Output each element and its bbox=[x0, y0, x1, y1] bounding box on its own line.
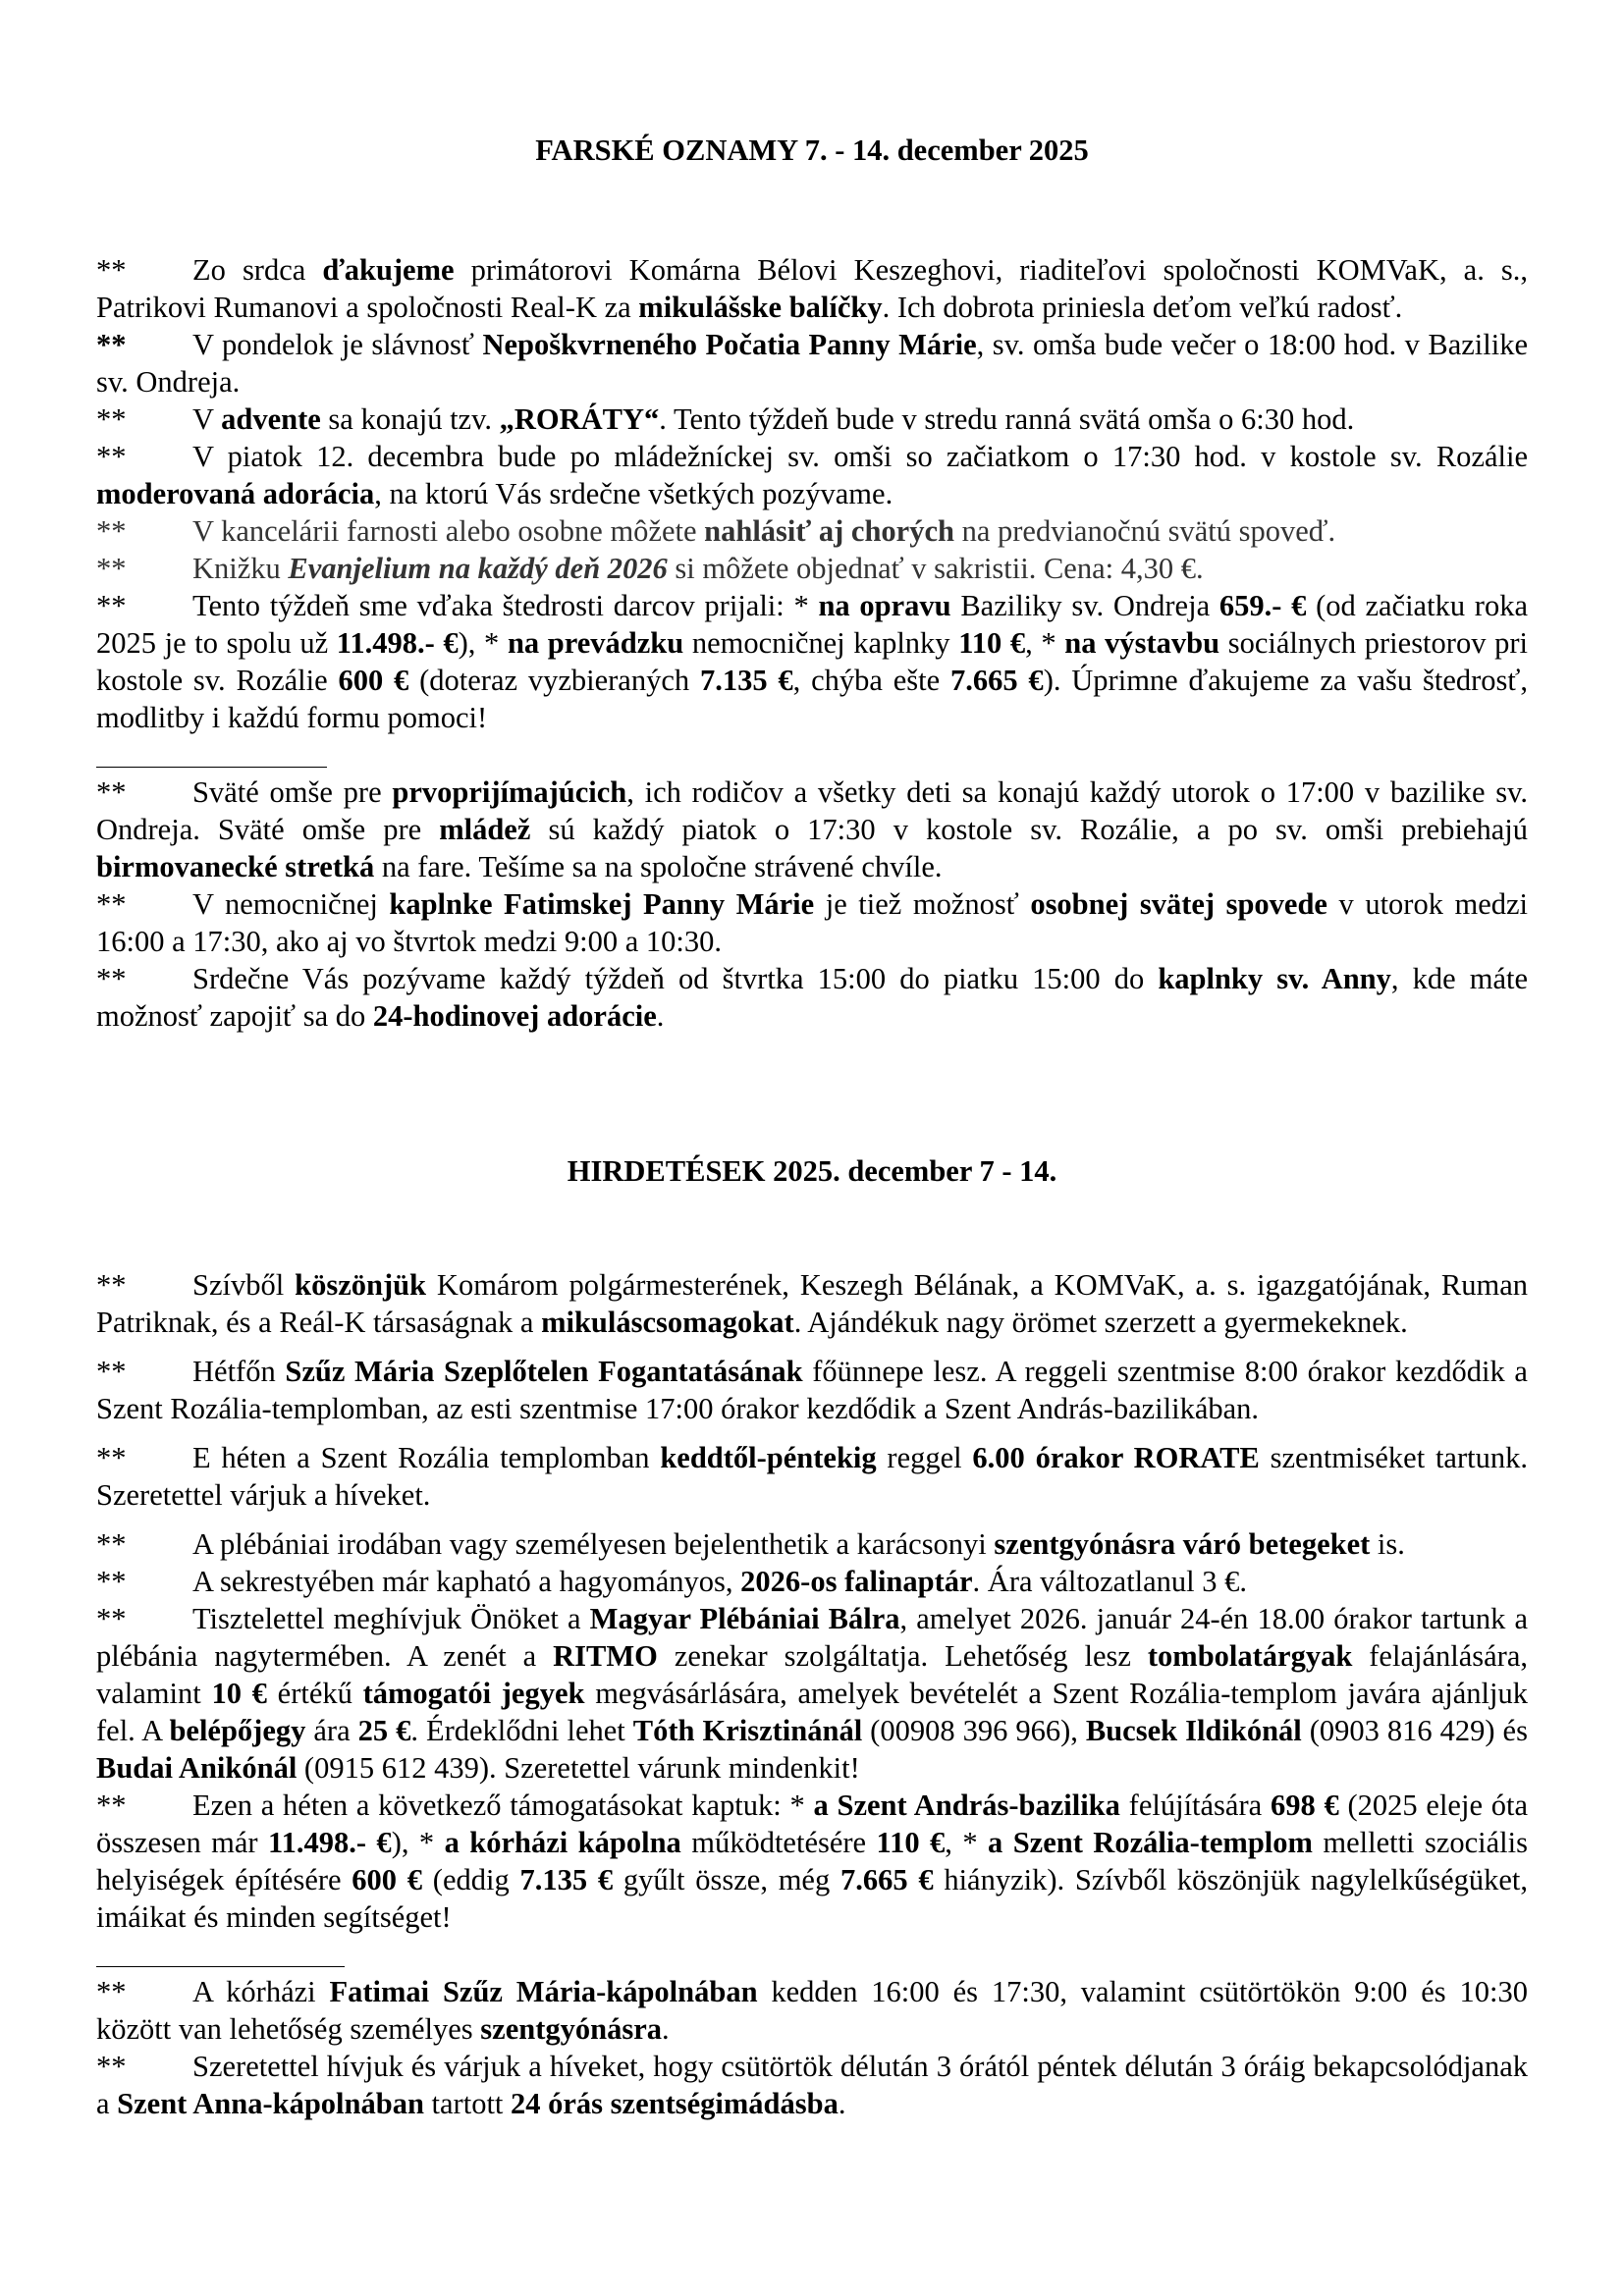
emphasis-text: 600 € bbox=[352, 1863, 422, 1896]
announcement-item: **V kancelárii farnosti alebo osobne môž… bbox=[96, 512, 1528, 550]
announcement-item: **Szeretettel hívjuk és várjuk a híveket… bbox=[96, 2048, 1528, 2122]
emphasis-text: „RORÁTY“ bbox=[500, 402, 660, 436]
emphasis-text: 6.00 órakor RORATE bbox=[972, 1441, 1259, 1474]
emphasis-text: szentgyónásra bbox=[480, 2012, 662, 2046]
item-marker: ** bbox=[96, 1973, 192, 2010]
emphasis-text: kaplnky sv. Anny bbox=[1158, 962, 1391, 995]
announcement-item: **Sväté omše pre prvoprijímajúcich, ich … bbox=[96, 774, 1528, 885]
item-marker: ** bbox=[96, 1439, 192, 1476]
emphasis-text: mikulášske balíčky bbox=[638, 291, 882, 324]
announcement-item: **A kórházi Fatimai Szűz Mária-kápolnába… bbox=[96, 1973, 1528, 2048]
emphasis-text: na opravu bbox=[818, 589, 950, 622]
item-marker: ** bbox=[96, 550, 192, 587]
emphasis-text: köszönjük bbox=[295, 1268, 426, 1302]
emphasis-text: moderovaná adorácia bbox=[96, 477, 374, 510]
emphasis-text: Szűz Mária Szeplőtelen Fogantatásának bbox=[285, 1355, 802, 1388]
emphasis-text: 698 € bbox=[1271, 1789, 1339, 1822]
emphasis-text: 24 órás szentségimádásba bbox=[511, 2087, 839, 2120]
item-marker: ** bbox=[96, 400, 192, 438]
emphasis-text: 11.498.- € bbox=[337, 626, 459, 660]
emphasis-text: Evanjelium na každý deň 2026 bbox=[288, 552, 667, 585]
section-title-slovak: FARSKÉ OZNAMY 7. - 14. december 2025 bbox=[96, 132, 1528, 169]
emphasis-text: Szent Anna-kápolnában bbox=[117, 2087, 424, 2120]
emphasis-text: Budai Anikónál bbox=[96, 1751, 297, 1785]
emphasis-text: na výstavbu bbox=[1064, 626, 1219, 660]
emphasis-text: 7.135 € bbox=[700, 664, 793, 697]
emphasis-text: belépőjegy bbox=[169, 1714, 305, 1747]
announcement-item: **V advente sa konajú tzv. „RORÁTY“. Ten… bbox=[96, 400, 1528, 438]
emphasis-text: birmovanecké stretká bbox=[96, 850, 374, 883]
emphasis-text: Nepoškvrneného Počatia Panny Márie bbox=[482, 328, 976, 361]
announcement-item: **Tisztelettel meghívjuk Önöket a Magyar… bbox=[96, 1600, 1528, 1787]
announcement-item: **Knižku Evanjelium na každý deň 2026 si… bbox=[96, 550, 1528, 587]
emphasis-text: tombolatárgyak bbox=[1148, 1639, 1352, 1673]
emphasis-text: mikuláscsomagokat bbox=[541, 1306, 794, 1339]
emphasis-text: ďakujeme bbox=[322, 253, 454, 287]
separator-rule bbox=[96, 1936, 1528, 1973]
item-marker: ** bbox=[96, 512, 192, 550]
emphasis-text: 11.498.- € bbox=[268, 1826, 392, 1859]
emphasis-text: prvoprijímajúcich bbox=[392, 775, 626, 809]
section-title-hungarian: HIRDETÉSEK 2025. december 7 - 14. bbox=[96, 1152, 1528, 1190]
announcement-item: **A plébániai irodában vagy személyesen … bbox=[96, 1525, 1528, 1563]
emphasis-text: 110 € bbox=[877, 1826, 946, 1859]
emphasis-text: 600 € bbox=[338, 664, 408, 697]
item-marker: ** bbox=[96, 326, 192, 363]
emphasis-text: 10 € bbox=[211, 1677, 266, 1710]
announcement-item: **A sekrestyében már kapható a hagyomány… bbox=[96, 1563, 1528, 1600]
emphasis-text: szentgyónásra váró betegeket bbox=[994, 1527, 1370, 1561]
emphasis-text: Magyar Plébániai Bálra bbox=[590, 1602, 900, 1635]
emphasis-text: Bucsek Ildikónál bbox=[1086, 1714, 1302, 1747]
announcement-item: **Szívből köszönjük Komárom polgármester… bbox=[96, 1266, 1528, 1341]
emphasis-text: advente bbox=[221, 402, 321, 436]
emphasis-text: 7.665 € bbox=[840, 1863, 934, 1896]
item-marker: ** bbox=[96, 438, 192, 475]
announcement-item: **Zo srdca ďakujeme primátorovi Komárna … bbox=[96, 251, 1528, 326]
section-slovak-announcements: **Zo srdca ďakujeme primátorovi Komárna … bbox=[96, 251, 1528, 1035]
item-marker: ** bbox=[96, 960, 192, 997]
announcement-item: **V nemocničnej kaplnke Fatimskej Panny … bbox=[96, 885, 1528, 960]
item-marker: ** bbox=[96, 2048, 192, 2085]
item-marker: ** bbox=[96, 1563, 192, 1600]
item-marker: ** bbox=[96, 885, 192, 923]
emphasis-text: 7.135 € bbox=[519, 1863, 613, 1896]
emphasis-text: 7.665 € bbox=[950, 664, 1044, 697]
emphasis-text: 2026-os falinaptár bbox=[740, 1565, 972, 1598]
item-marker: ** bbox=[96, 251, 192, 289]
item-marker: ** bbox=[96, 1353, 192, 1390]
emphasis-text: támogatói jegyek bbox=[363, 1677, 585, 1710]
item-marker: ** bbox=[96, 1787, 192, 1824]
announcement-item: **E héten a Szent Rozália templomban ked… bbox=[96, 1439, 1528, 1514]
emphasis-text: 24-hodinovej adorácie bbox=[373, 999, 657, 1033]
announcement-item: **V piatok 12. decembra bude po mládežní… bbox=[96, 438, 1528, 512]
emphasis-text: osobnej svätej spovede bbox=[1030, 887, 1327, 921]
emphasis-text: keddtől-péntekig bbox=[660, 1441, 876, 1474]
emphasis-text: Tóth Krisztinánál bbox=[633, 1714, 862, 1747]
announcement-item: **Tento týždeň sme vďaka štedrosti darco… bbox=[96, 587, 1528, 736]
item-marker: ** bbox=[96, 587, 192, 624]
emphasis-text: a Szent Rozália-templom bbox=[988, 1826, 1313, 1859]
separator-rule bbox=[96, 736, 1528, 774]
emphasis-text: a Szent András-bazilika bbox=[813, 1789, 1119, 1822]
emphasis-text: na prevádzku bbox=[508, 626, 683, 660]
item-marker: ** bbox=[96, 774, 192, 811]
emphasis-text: 25 € bbox=[358, 1714, 411, 1747]
emphasis-text: nahlásiť aj chorých bbox=[704, 514, 954, 548]
emphasis-text: 110 € bbox=[958, 626, 1025, 660]
announcement-item: **Ezen a héten a következő támogatásokat… bbox=[96, 1787, 1528, 1936]
announcement-item: **Hétfőn Szűz Mária Szeplőtelen Fogantat… bbox=[96, 1353, 1528, 1427]
emphasis-text: a kórházi kápolna bbox=[445, 1826, 681, 1859]
emphasis-text: RITMO bbox=[553, 1639, 658, 1673]
emphasis-text: kaplnke Fatimskej Panny Márie bbox=[389, 887, 814, 921]
item-marker: ** bbox=[96, 1266, 192, 1304]
announcement-item: **Srdečne Vás pozývame každý týždeň od š… bbox=[96, 960, 1528, 1035]
announcement-item: **V pondelok je slávnosť Nepoškvrneného … bbox=[96, 326, 1528, 400]
section-hungarian-announcements: **Szívből köszönjük Komárom polgármester… bbox=[96, 1266, 1528, 2122]
emphasis-text: mládež bbox=[439, 813, 530, 846]
item-marker: ** bbox=[96, 1525, 192, 1563]
emphasis-text: Fatimai Szűz Mária-kápolnában bbox=[329, 1975, 757, 2008]
emphasis-text: 659.- € bbox=[1219, 589, 1307, 622]
item-marker: ** bbox=[96, 1600, 192, 1637]
